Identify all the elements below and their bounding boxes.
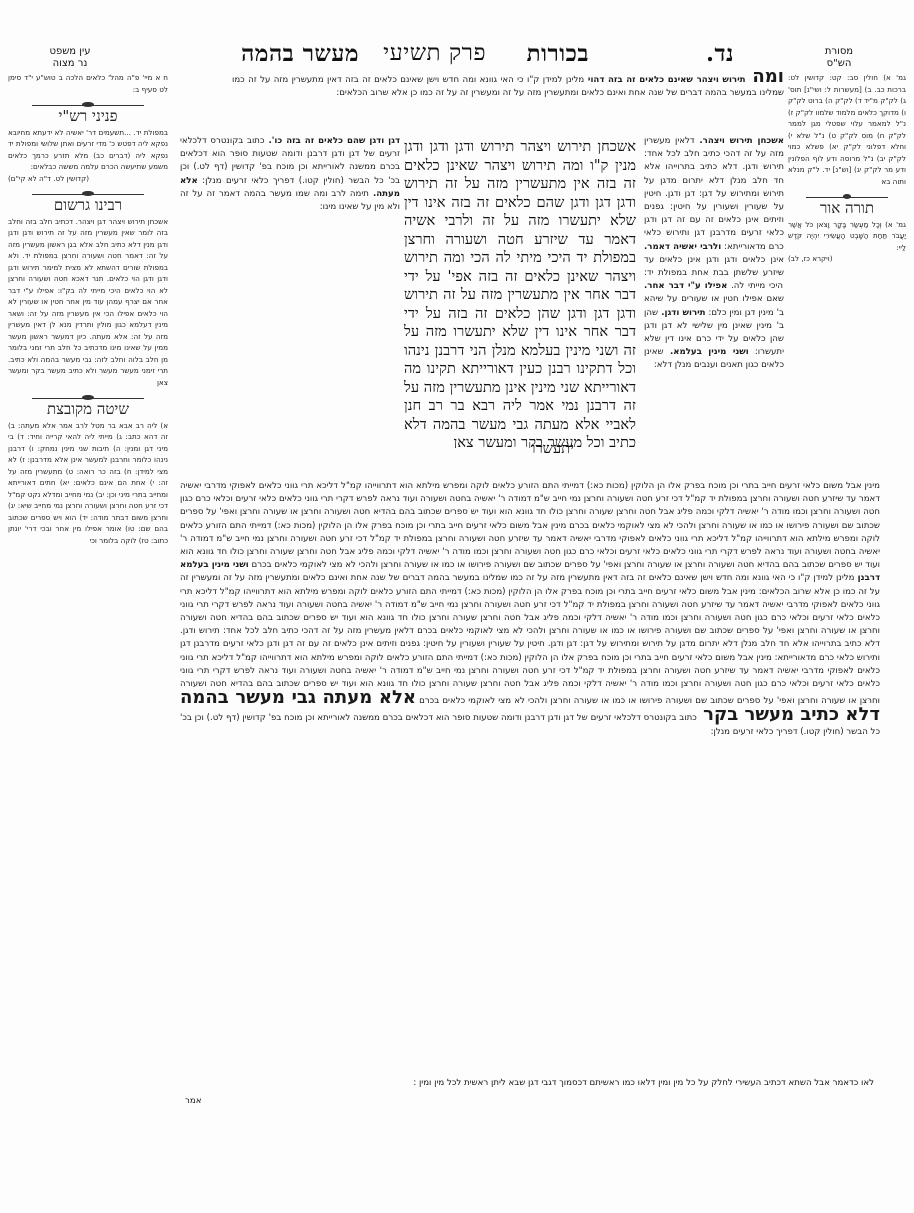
closing-line: לאו כדאמר אבל השתא דכתיב העשירי לחלק על … — [194, 1078, 874, 1088]
ornament-divider — [806, 193, 889, 201]
masoret-hashas-text: גמ' א) חולין סב: קט: קדושין לט: ברכות כב… — [788, 72, 906, 187]
shita-mekubetzet-title: שיטה מקובצת — [8, 404, 168, 416]
tosafot-column: דגן ודגן שהם כלאים זה בזה כו'. כתוב בקונ… — [180, 135, 400, 480]
gemara-main-text: אשכחן תירוש ויצהר תירוש ודגן ודגן ודגן מ… — [404, 138, 636, 448]
rashi-column: אשכחן תירוש ויצהר. דלאין מעשרין מזה על ז… — [644, 135, 784, 475]
page-title-tractate: בכורות — [527, 40, 589, 67]
ein-mishpat-entry: ח א מיי' פ"ה מהל' כלאים הלכה ב טוש"ע י"ד… — [8, 72, 168, 95]
page-title-chapter-name: מעשר בהמה — [241, 40, 359, 67]
gemara-final-word: יתעשרו — [474, 440, 574, 459]
rashi-dh-3: אפילו ע"י דבר אחר. — [644, 281, 727, 291]
rashi-dh-4: תירוש ודגן. — [658, 308, 705, 318]
ein-mishpat-label: עין משפט נר מצוה — [40, 46, 100, 70]
masoret-label-line1: מסורת — [804, 46, 874, 58]
rabbenu-gershom-title: רבינו גרשום — [8, 200, 168, 212]
ornament-divider — [32, 190, 144, 198]
tosafot-top-band: ומה תירוש ויצהר שאינם כלאים זה בזה דהוי … — [232, 70, 784, 130]
gemara-opening-word: ומה — [745, 70, 784, 87]
ornament-divider — [32, 394, 144, 402]
catchword: אמר — [185, 1096, 201, 1106]
torah-or-title: תורה אור — [788, 203, 906, 215]
folio-number: נד. — [706, 40, 734, 67]
torah-or-ref: (ויקרא כז, לב) — [788, 253, 906, 265]
rashi-text-1: דלאין מעשרין מזה על זה דהכי כתיב חלב לכל… — [644, 136, 784, 252]
tosafot-heading: תירוש ויצהר שאינם כלאים זה בזה — [604, 75, 745, 85]
ner-mitzvah-line: נר מצוה — [40, 58, 100, 70]
tosafot-dh-2: דגן ודגן שהם כלאים זה בזה כו'. — [265, 136, 401, 146]
masoret-hashas-column: גמ' א) חולין סב: קט: קדושין לט: ברכות כב… — [788, 72, 906, 265]
page-title-chapter: פרק תשיעי — [383, 40, 486, 66]
masoret-hashas-label: מסורת הש"ס — [804, 46, 874, 70]
pnei-rashi-ref: (קדושין לט. ד"ה לא קי"ם) — [8, 173, 168, 185]
rabbenu-gershom-text: אשכחן תירוש ויצהר דגן ויצהר. דכתיב חלב ב… — [8, 216, 168, 389]
pnei-rashi-title: פניני רש"י — [8, 111, 168, 123]
pnei-rashi-text: במפולת יד. ...תשעמים דר' יאשיה לא ידעתא … — [8, 127, 168, 173]
tosafot-text-3: תימה לרב ומה שמו מעשר בהמה דאמר זה על זה… — [180, 189, 400, 212]
torah-or-text: גמ' א) וְכָל מַעְשַׂר בָּקָר וָצֹאן כֹּל… — [788, 219, 906, 254]
tosafot-dh-1: דהוי — [584, 75, 604, 85]
gemara-body: אשכחן תירוש ויצהר תירוש ודגן ודגן ודגן מ… — [404, 138, 636, 448]
masoret-label-line2: הש"ס — [804, 58, 874, 70]
rashi-dh-5: ושני מינין בעלמא. — [664, 347, 749, 357]
left-margin-column: ח א מיי' פ"ה מהל' כלאים הלכה ב טוש"ע י"ד… — [8, 72, 168, 546]
ornament-divider — [32, 101, 144, 109]
rashi-dh-2: ולרבי יאשיה דאמר. — [644, 242, 721, 252]
lower-commentary-block: מינין אבל משום כלאי זרעים חייב בתרי וכן … — [180, 480, 880, 1055]
shita-mekubetzet-text: א) ליה רב אבא בר מטל לרב אמר אלא מעתה: ב… — [8, 420, 168, 547]
ein-mishpat-line: עין משפט — [40, 46, 100, 58]
rashi-dh-1: אשכחן תירוש ויצהר. — [695, 136, 784, 146]
